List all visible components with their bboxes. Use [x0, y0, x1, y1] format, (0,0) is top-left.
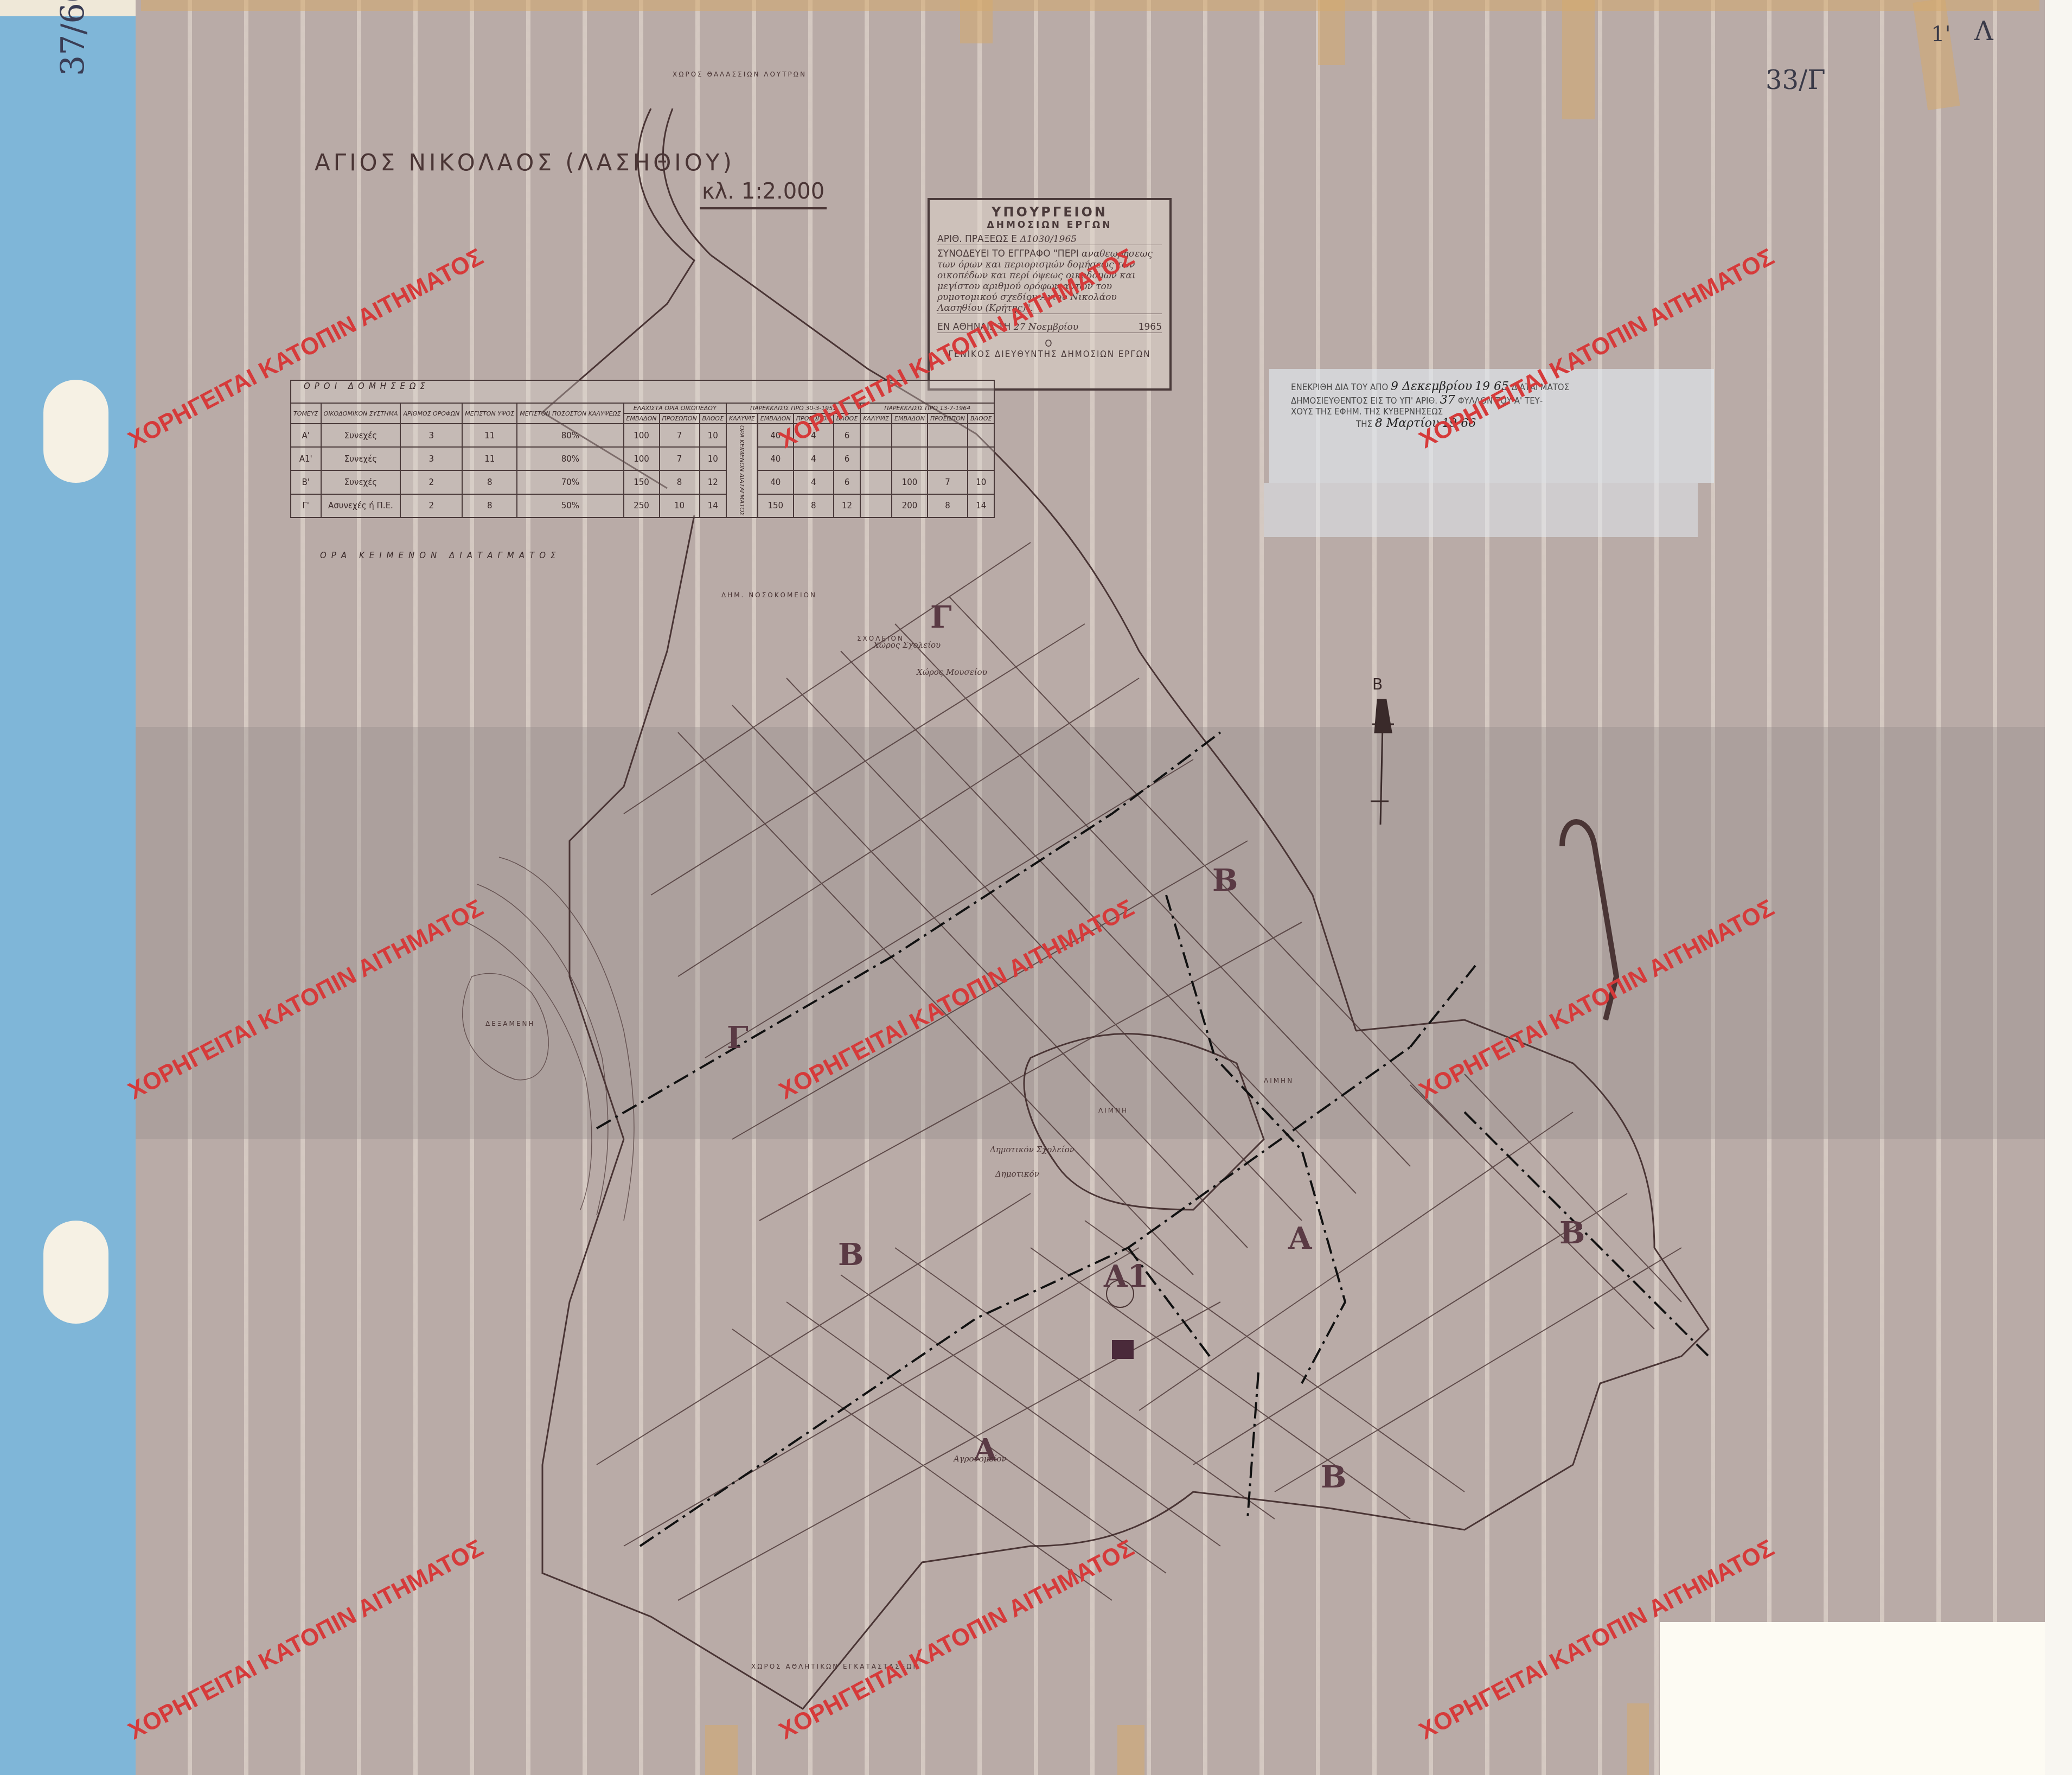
cell-height: 11	[462, 447, 517, 470]
terms-group-header-row: ΤΟΜΕΥΣ ΟΙΚΟΔΟΜΙΚΟΝ ΣΥΣΤΗΜΑ ΑΡΙΘΜΟΣ ΟΡΟΦΩ…	[291, 403, 994, 413]
col-header: ΑΡΙΘΜΟΣ ΟΡΟΦΩΝ	[400, 403, 462, 424]
west-boundary	[570, 515, 694, 1139]
terms-footer: ΟΡΑ ΚΕΙΜΕΝΟΝ ΔΙΑΤΑΓΜΑΤΟΣ	[320, 551, 560, 560]
cell-ex64-coverage	[860, 447, 892, 470]
map-scale: κλ. 1:2.000	[700, 179, 827, 209]
col-header: ΚΑΛΥΨΙΣ	[860, 413, 892, 424]
terms-title: ΟΡΟΙ ΔΟΜΗΣΕΩΣ	[304, 381, 430, 391]
street-grid	[597, 542, 1681, 1600]
place-label: Χώρος Μουσείου	[917, 667, 987, 677]
col-header: ΕΜΒΑΔΟΝ	[892, 413, 928, 424]
stamp-ministry: ΥΠΟΥΡΓΕΙΟΝ	[937, 205, 1162, 220]
north-label: Β	[1372, 675, 1383, 693]
cell-height: 8	[462, 494, 517, 518]
cell-coverage: 80%	[517, 447, 623, 470]
cell-ex64-depth: 10	[968, 470, 994, 494]
col-header: ΕΜΒΑΔΟΝ	[758, 413, 794, 424]
cell-floors: 3	[400, 424, 462, 447]
group-header: ΕΛΑΧΙΣΤΑ ΟΡΙΑ ΟΙΚΟΠΕΔΟΥ	[624, 403, 726, 413]
cell-system: Ασυνεχές ή Π.Ε.	[321, 494, 401, 518]
stamp-accompanies-label: ΣΥΝΟΔΕΥΕΙ ΤΟ ΕΓΓΡΑΦΟ "ΠΕΡΙ	[937, 248, 1079, 259]
cell-min-depth: 10	[700, 424, 726, 447]
col-header: ΠΡΟΣΩΠΟΝ	[660, 413, 700, 424]
approval-stamp: ΕΝΕΚΡΙΘΗ ΔΙΑ ΤΟΥ ΑΠΟ 9 Δεκεμβρίου 19 65 …	[1269, 369, 1714, 483]
cell-zone: Γ'	[291, 494, 321, 518]
cell-zone: Β'	[291, 470, 321, 494]
terms-row: Α' Συνεχές 3 11 80% 100 7 10 ΟΡΑ ΚΕΙΜΕΝΟ…	[291, 424, 994, 447]
cell-ex51-front: 8	[794, 494, 834, 518]
zone-letter: Α1	[1104, 1259, 1148, 1294]
zone-letter: Γ	[930, 599, 952, 635]
cell-floors: 3	[400, 447, 462, 470]
cell-ex64-area	[892, 447, 928, 470]
col-header: ΒΑΘΟΣ	[700, 413, 726, 424]
cell-coverage: 80%	[517, 424, 623, 447]
terms-row: Α1' Συνεχές 3 11 80% 100 7 10 40 4 6	[291, 447, 994, 470]
building-terms-table: ΤΟΜΕΥΣ ΟΙΚΟΔΟΜΙΚΟΝ ΣΥΣΤΗΜΑ ΑΡΙΘΜΟΣ ΟΡΟΦΩ…	[290, 380, 995, 518]
cell-ex64-coverage	[860, 494, 892, 518]
cell-coverage-note: ΟΡΑ ΚΕΙΜΕΝΟΝ ΔΙΑΤΑΓΜΑΤΟΣ	[726, 424, 758, 518]
place-label: Δημοτικόν	[995, 1169, 1039, 1179]
cell-coverage: 70%	[517, 470, 623, 494]
cell-min-depth: 10	[700, 447, 726, 470]
cell-ex51-depth: 6	[834, 447, 860, 470]
cell-ex51-area: 40	[758, 470, 794, 494]
place-label: ΔΕΞΑΜΕΝΗ	[485, 1020, 535, 1027]
cell-ex51-front: 4	[794, 447, 834, 470]
cell-ex51-depth: 6	[834, 470, 860, 494]
cell-ex51-front: 4	[794, 470, 834, 494]
approval-label-1: ΕΝΕΚΡΙΘΗ ΔΙΑ ΤΟΥ ΑΠΟ	[1291, 382, 1388, 392]
col-header: ΤΟΜΕΥΣ	[291, 403, 321, 424]
cell-min-area: 100	[624, 447, 660, 470]
col-header: ΒΑΘΟΣ	[968, 413, 994, 424]
cell-ex64-front: 8	[928, 494, 968, 518]
col-header: ΜΕΓΙΣΤΟΝ ΥΨΟΣ	[462, 403, 517, 424]
lake-outline	[1024, 1034, 1264, 1210]
cell-ex64-coverage	[860, 424, 892, 447]
cell-min-area: 150	[624, 470, 660, 494]
contour-lines	[463, 857, 634, 1221]
cell-min-depth: 14	[700, 494, 726, 518]
col-header: ΜΕΓΙΣΤΟΝ ΠΟΣΟΣΤΟΝ ΚΑΛΥΨΕΩΣ	[517, 403, 623, 424]
stamp-ministry-2: ΔΗΜΟΣΙΩΝ ΕΡΓΩΝ	[937, 220, 1162, 231]
stamp-act-label: ΑΡΙΘ. ΠΡΑΞΕΩΣ Ε	[937, 234, 1017, 245]
zone-letter: Β	[1559, 1215, 1585, 1251]
cell-system: Συνεχές	[321, 447, 401, 470]
stamp-year: 1965	[1139, 322, 1162, 333]
col-header: ΚΑΛΥΨΙΣ	[726, 413, 758, 424]
map-title: ΑΓΙΟΣ ΝΙΚΟΛΑΟΣ (ΛΑΣΗΘΙΟΥ)	[315, 149, 735, 176]
place-label: ΛΙΜΗΝ	[1264, 1077, 1294, 1084]
place-label: Δημοτικόν Σχολείον	[990, 1145, 1075, 1154]
cell-floors: 2	[400, 494, 462, 518]
approval-erasure-band	[1264, 483, 1698, 537]
cell-ex64-area: 100	[892, 470, 928, 494]
north-arrow	[1371, 700, 1394, 825]
cell-min-front: 10	[660, 494, 700, 518]
cell-floors: 2	[400, 470, 462, 494]
church-marker	[1112, 1340, 1134, 1359]
cell-ex64-coverage	[860, 470, 892, 494]
zone-letter: Α	[1288, 1221, 1312, 1256]
zone-letter: Β	[1321, 1459, 1346, 1495]
cell-min-area: 250	[624, 494, 660, 518]
approval-label-4: ΤΗΣ	[1356, 419, 1372, 429]
col-header: ΟΙΚΟΔΟΜΙΚΟΝ ΣΥΣΤΗΜΑ	[321, 403, 401, 424]
place-label: ΧΩΡΟΣ ΘΑΛΑΣΣΙΩΝ ΛΟΥΤΡΩΝ	[673, 71, 807, 78]
cell-system: Συνεχές	[321, 470, 401, 494]
cell-ex64-front: 7	[928, 470, 968, 494]
cell-height: 8	[462, 470, 517, 494]
cell-ex51-depth: 12	[834, 494, 860, 518]
place-label: ΔΗΜ. ΝΟΣΟΚΟΜΕΙΟΝ	[721, 591, 817, 599]
cell-min-front: 7	[660, 447, 700, 470]
approval-date-1: 9 Δεκεμβρίου	[1391, 380, 1472, 393]
south-coastline	[542, 1020, 1709, 1709]
approval-gazette-number: 37	[1440, 393, 1455, 407]
place-label: Χώρος Σχολείου	[873, 640, 941, 650]
cell-ex64-front	[928, 424, 968, 447]
cell-ex64-depth	[968, 447, 994, 470]
cell-min-area: 100	[624, 424, 660, 447]
place-label: ΛΙΜΝΗ	[1098, 1107, 1128, 1114]
cell-zone: Α1'	[291, 447, 321, 470]
cell-ex51-area: 150	[758, 494, 794, 518]
cell-min-front: 8	[660, 470, 700, 494]
col-header: ΕΜΒΑΔΟΝ	[624, 413, 660, 424]
cell-ex64-area: 200	[892, 494, 928, 518]
stamp-act-number: Δ1030/1965	[1020, 234, 1077, 245]
cell-coverage: 50%	[517, 494, 623, 518]
cell-ex64-area	[892, 424, 928, 447]
cell-min-front: 7	[660, 424, 700, 447]
terms-row: Γ' Ασυνεχές ή Π.Ε. 2 8 50% 250 10 14 150…	[291, 494, 994, 518]
cell-ex64-depth	[968, 424, 994, 447]
cell-min-depth: 12	[700, 470, 726, 494]
approval-label-2: ΔΗΜΟΣΙΕΥΘΕΝΤΟΣ ΕΙΣ ΤΟ ΥΠ' ΑΡΙΘ.	[1291, 396, 1437, 406]
zone-letter: Β	[838, 1237, 864, 1273]
zone-letter: Β	[1212, 863, 1238, 898]
cell-height: 11	[462, 424, 517, 447]
col-header: ΠΡΟΣΩΠΟΝ	[928, 413, 968, 424]
terms-row: Β' Συνεχές 2 8 70% 150 8 12 40 4 6 100 7…	[291, 470, 994, 494]
zone-boundaries	[597, 732, 1709, 1546]
place-label: Αγρονομείον	[954, 1454, 1007, 1464]
cell-ex64-depth: 14	[968, 494, 994, 518]
cell-zone: Α'	[291, 424, 321, 447]
cell-system: Συνεχές	[321, 424, 401, 447]
zone-letter: Γ	[727, 1020, 749, 1056]
cell-ex64-front	[928, 447, 968, 470]
